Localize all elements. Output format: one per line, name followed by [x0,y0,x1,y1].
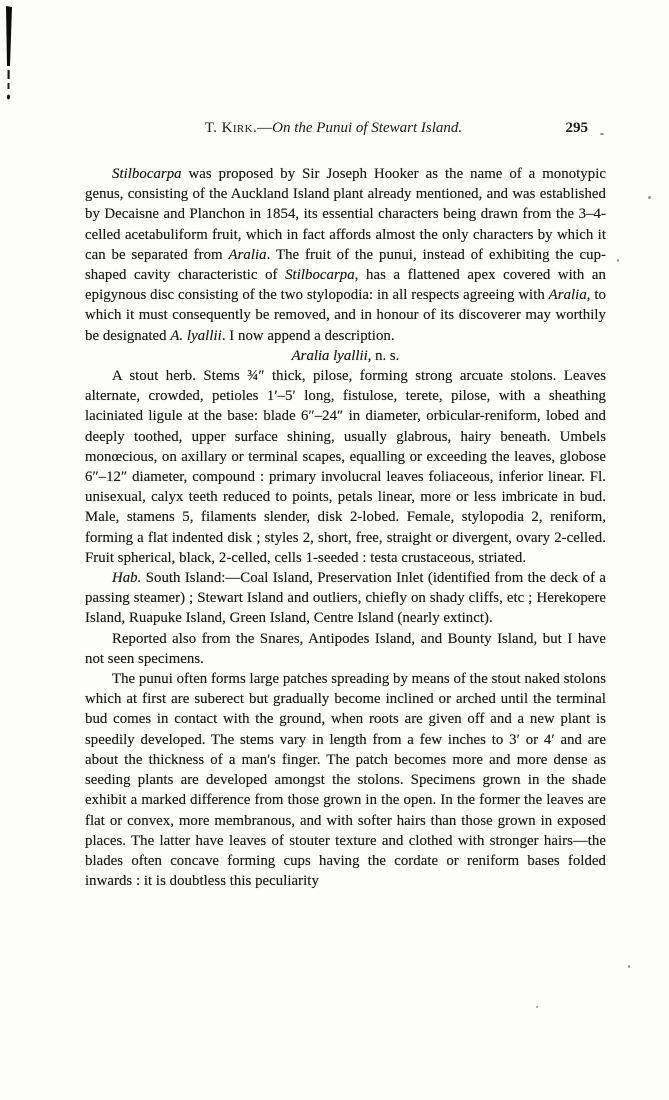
article-title: On the Punui of Stewart Island. [272,120,462,136]
text-column: T. Kirk.—On the Punui of Stewart Island.… [85,120,606,891]
scan-speck [628,965,630,968]
header-separator: — [257,120,272,136]
ink-mark [2,4,22,119]
species-heading: Aralia lyallii, n. s. [85,346,606,366]
scanned-page: T. Kirk.—On the Punui of Stewart Island.… [0,0,669,1100]
paragraph-habit-notes: The punui often forms large patches spre… [85,669,606,891]
paragraph-description: A stout herb. Stems ¾″ thick, pilose, fo… [85,366,606,568]
running-head-title: T. Kirk.—On the Punui of Stewart Island. [73,120,594,137]
page-number: 295 [566,120,589,137]
author-name: T. Kirk. [205,120,257,136]
paragraph-intro: Stilbocarpa was proposed by Sir Joseph H… [85,164,606,346]
paragraph-habitat: Hab. South Island:—Coal Island, Preserva… [85,568,606,629]
scan-speck [536,1006,538,1008]
paragraph-reported: Reported also from the Snares, Antipodes… [85,629,606,669]
running-head: T. Kirk.—On the Punui of Stewart Island.… [85,120,606,140]
scan-speck [617,259,619,262]
scan-speck [648,196,651,199]
